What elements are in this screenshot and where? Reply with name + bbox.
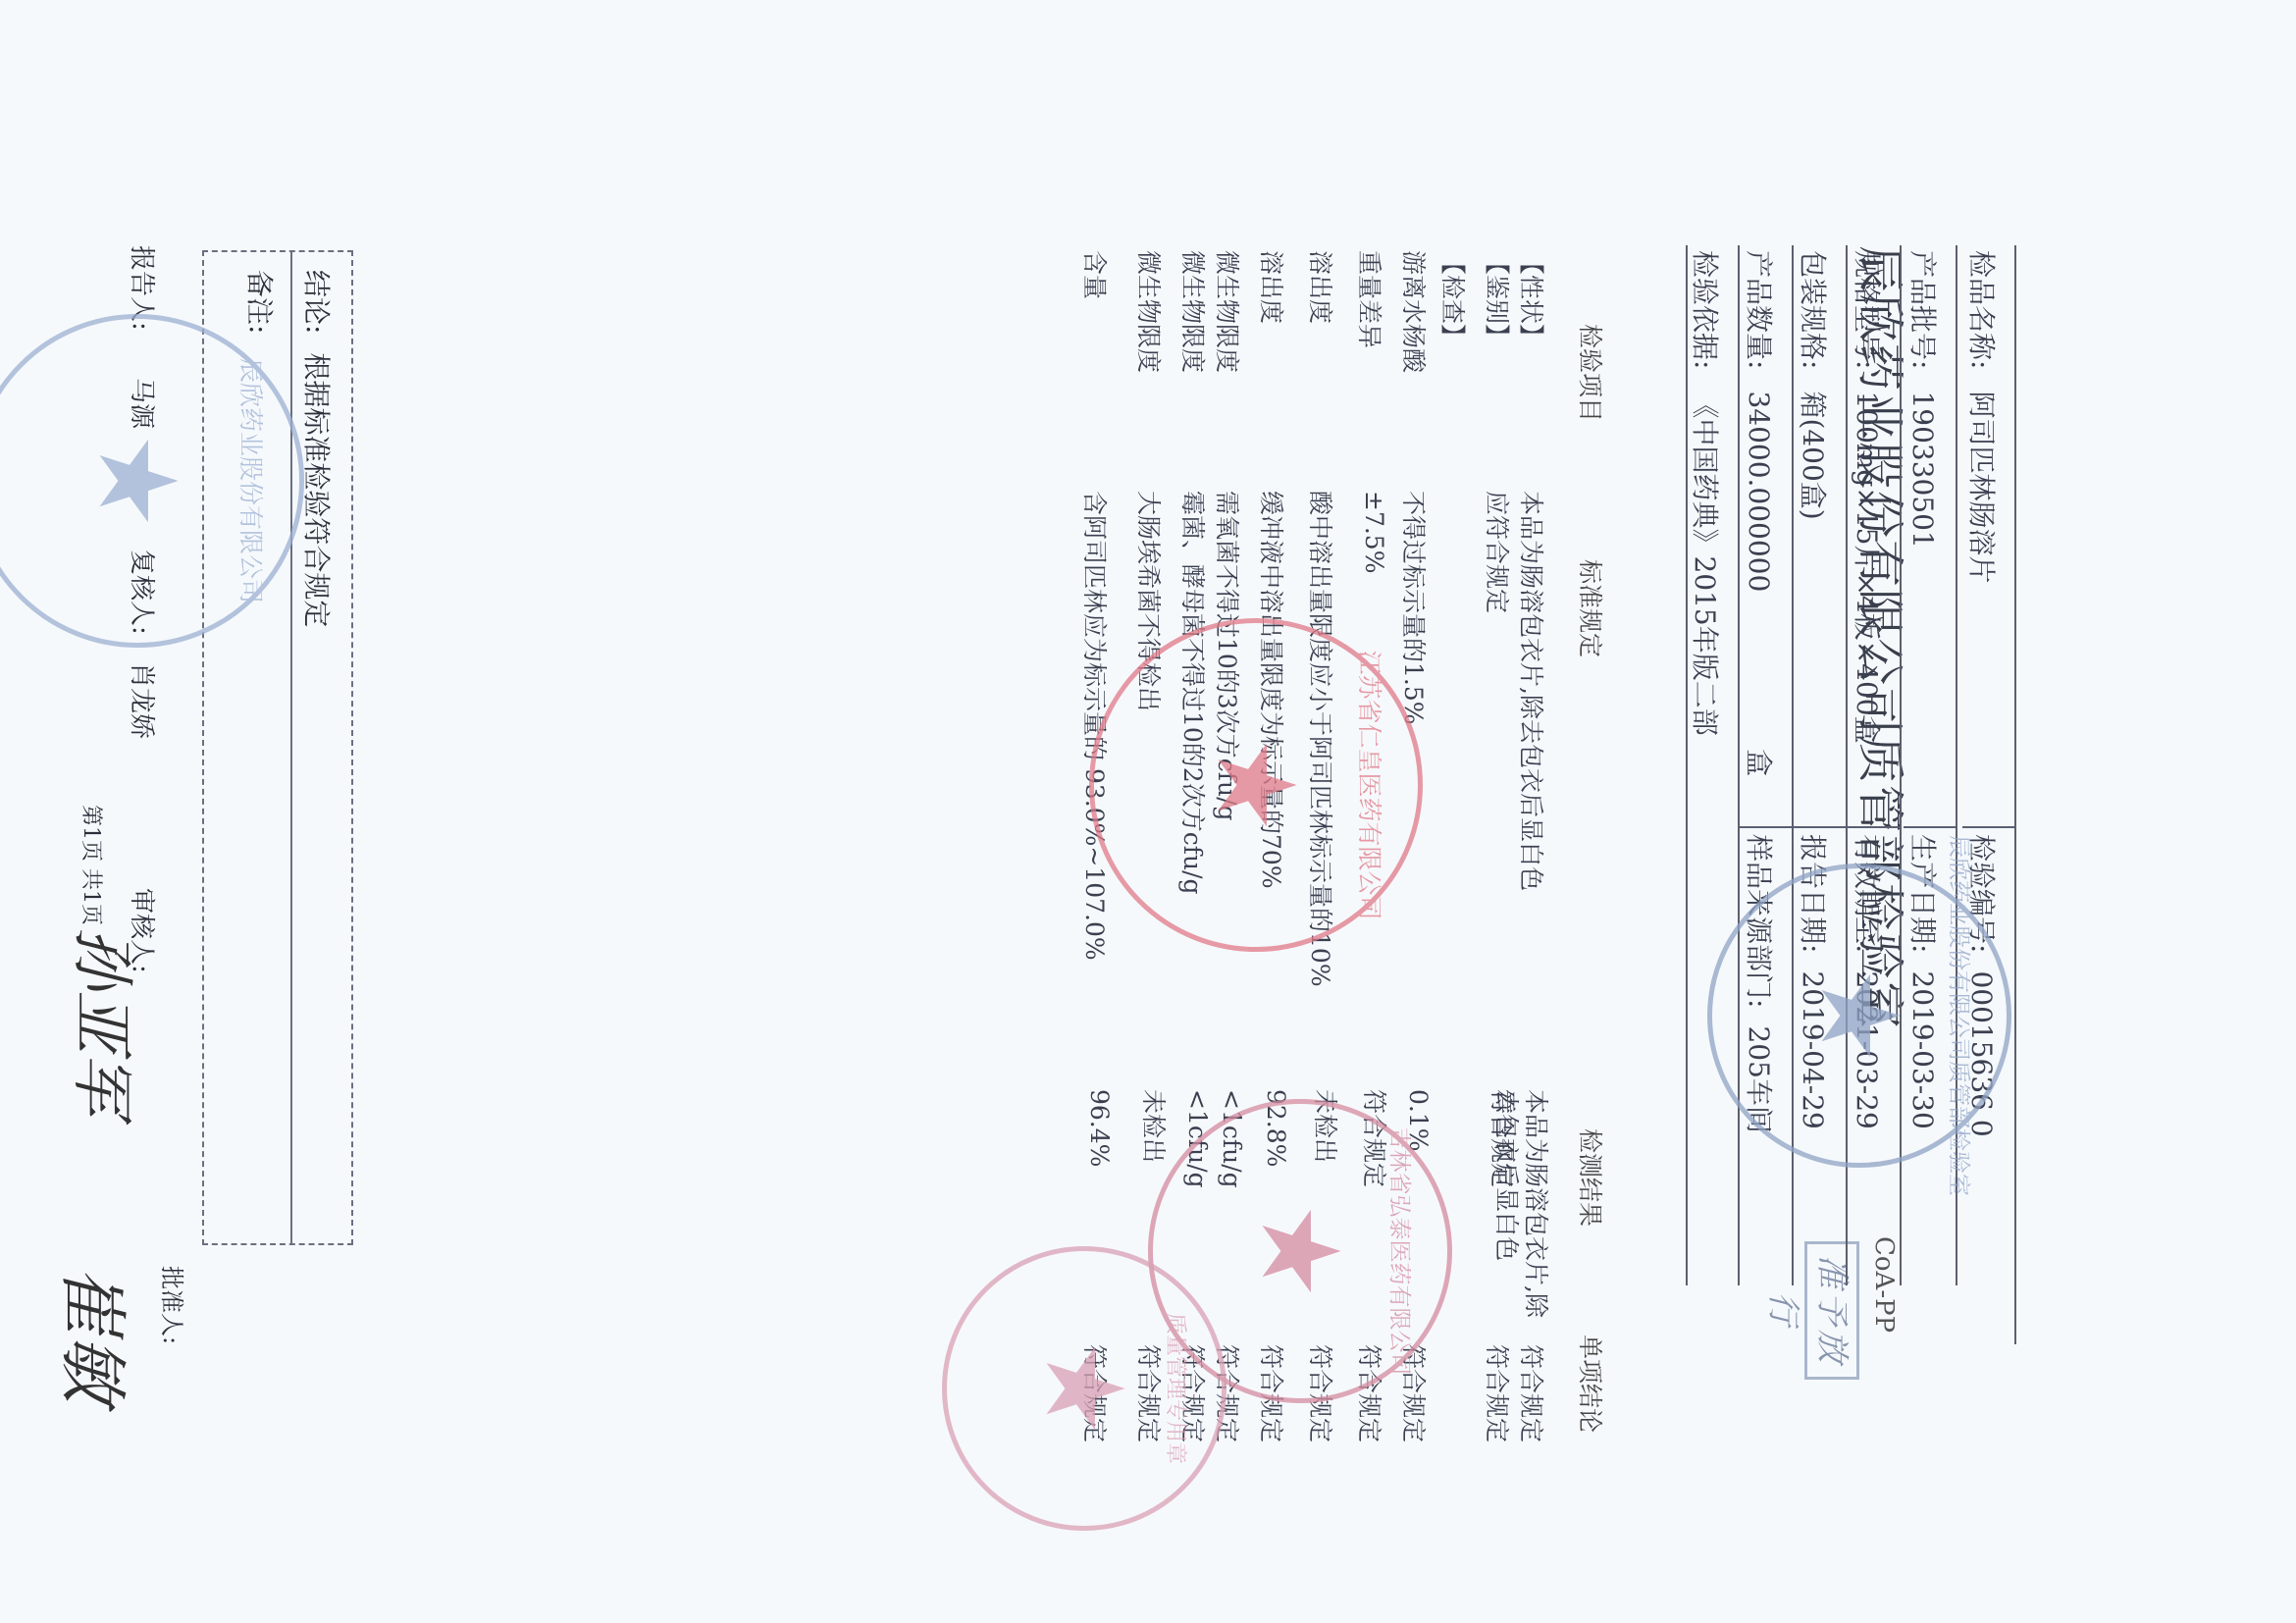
table-cell-item: 溶出度 — [1304, 250, 1339, 324]
table-cell-item: 【鉴别】 — [1481, 250, 1516, 348]
table-cell-result: 符合规定 — [1487, 1089, 1516, 1187]
table-header: 标准规定 — [1574, 559, 1609, 657]
stamp-text: 质量管理专用章 — [1162, 1313, 1192, 1464]
stamp-text: 吉林省弘泰医药有限公司 — [1385, 1127, 1418, 1376]
table-cell-item: 溶出度 — [1255, 250, 1290, 324]
star-icon: ★ — [1246, 1203, 1354, 1300]
approval-stamp: ★辰欣药业股份有限公司 — [0, 314, 304, 648]
table-cell-item: 微生物限度 — [1211, 250, 1246, 373]
company-stamp-lower: ★质量管理专用章 — [942, 1246, 1226, 1531]
info-label: 检品名称: — [1965, 250, 1998, 369]
info-label: 包装规格: — [1797, 250, 1829, 369]
table-cell-standard: 本品为肠溶包衣片,除去包衣后显白色 — [1515, 491, 1550, 891]
remark-label: 备注: — [241, 270, 281, 334]
table-cell-standard: 不得过标示量的1.5% — [1397, 491, 1433, 725]
table-cell-conclusion: 符合规定 — [1515, 1344, 1550, 1442]
table-cell-result: 96.4% — [1084, 1089, 1114, 1167]
approver-label: 批准人: — [157, 1266, 191, 1344]
table-cell-item: 游离水杨酸 — [1397, 250, 1433, 373]
table-cell-item: 重量差异 — [1353, 250, 1388, 348]
stamp-text: 辰欣药业股份有限公司质管部检验室 — [1945, 835, 1977, 1196]
info-value: 箱(400盒) — [1797, 391, 1829, 519]
info-col-divider — [1848, 826, 1902, 828]
info-label: 产品批号: — [1906, 250, 1939, 369]
table-header: 检验项目 — [1574, 324, 1609, 422]
approver-signature: 崔敏 — [48, 1266, 147, 1403]
stamp-text: 辰欣药业股份有限公司 — [235, 358, 270, 603]
table-cell-item: 【性状】 — [1515, 250, 1550, 348]
form-code: CoA-PP — [1869, 1236, 1899, 1333]
info-row-left: 产品数量:34000.000000盒 — [1741, 250, 1780, 776]
page-number: 第1页 共1页 — [78, 805, 108, 925]
star-icon: ★ — [1030, 1340, 1138, 1438]
info-value: 34000.000000 — [1743, 391, 1775, 592]
info-label: 检验依据: — [1689, 250, 1721, 369]
info-value: 100mg×15片×4板×400盒 — [1851, 391, 1883, 743]
star-icon: ★ — [83, 433, 191, 530]
info-value: 《中国药典》2015年版二部 — [1689, 391, 1721, 735]
conclusion-line: 结论: 根据标准检验符合规定 — [298, 270, 338, 627]
info-col-divider — [1794, 826, 1848, 828]
info-unit: 盒 — [1743, 749, 1775, 776]
table-cell-standard: 应符合规定 — [1481, 491, 1516, 613]
star-icon: ★ — [1202, 737, 1310, 834]
table-cell-standard: ±7.5% — [1360, 491, 1388, 573]
info-value: 190330501 — [1906, 391, 1939, 548]
info-col-divider — [1962, 826, 2016, 828]
table-cell-item: 微生物限度 — [1176, 250, 1212, 373]
info-col-divider — [1904, 826, 1957, 828]
info-label: 产品数量: — [1743, 250, 1775, 369]
stamp-text: 江苏省仁皇医药有限公司 — [1353, 650, 1388, 919]
info-row-left: 检品名称:阿司匹林肠溶片 — [1963, 250, 2003, 583]
coa-document-page: 辰欣药业股份有限公司质管部检验室 CoA-PP 准予放行 检品名称:阿司匹林肠溶… — [0, 0, 2296, 1623]
info-row-left: 产品批号:190330501 — [1905, 250, 1944, 549]
info-label: 规格型号: — [1851, 250, 1883, 369]
quality-dept-stamp: ★辰欣药业股份有限公司质管部检验室 — [1707, 864, 2011, 1168]
info-value: 阿司匹林肠溶片 — [1965, 391, 1998, 583]
table-header: 单项结论 — [1574, 1335, 1609, 1433]
info-rule — [1738, 245, 1740, 1285]
table-cell-conclusion: 符合规定 — [1481, 1344, 1516, 1442]
table-cell-item: 【检查】 — [1436, 250, 1472, 348]
table-cell-item: 微生物限度 — [1132, 250, 1168, 373]
info-col-divider — [1740, 826, 1794, 828]
conclusion-label: 结论: — [300, 270, 333, 334]
info-row-left: 检验依据:《中国药典》2015年版二部 — [1687, 250, 1726, 736]
reviewer-signature: 孙亚军 — [62, 927, 152, 1116]
table-cell-item: 含量 — [1078, 250, 1114, 299]
table-header: 检测结果 — [1574, 1128, 1609, 1227]
star-icon: ★ — [1805, 968, 1913, 1065]
conclusion-divider — [290, 252, 292, 1243]
customer-quality-stamp-red: ★江苏省仁皇医药有限公司 — [1089, 618, 1423, 952]
info-rule — [2014, 245, 2016, 1344]
table-cell-result: 未检出 — [1138, 1089, 1168, 1163]
checker-name: 肖龙娇 — [127, 662, 156, 739]
info-row-left: 规格型号:100mg×15片×4板×400盒 — [1849, 250, 1888, 744]
info-row-left: 包装规格:箱(400盒) — [1795, 250, 1834, 520]
conclusion-text: 根据标准检验符合规定 — [300, 352, 333, 627]
approval-stamp-box: 准予放行 — [1804, 1241, 1859, 1380]
